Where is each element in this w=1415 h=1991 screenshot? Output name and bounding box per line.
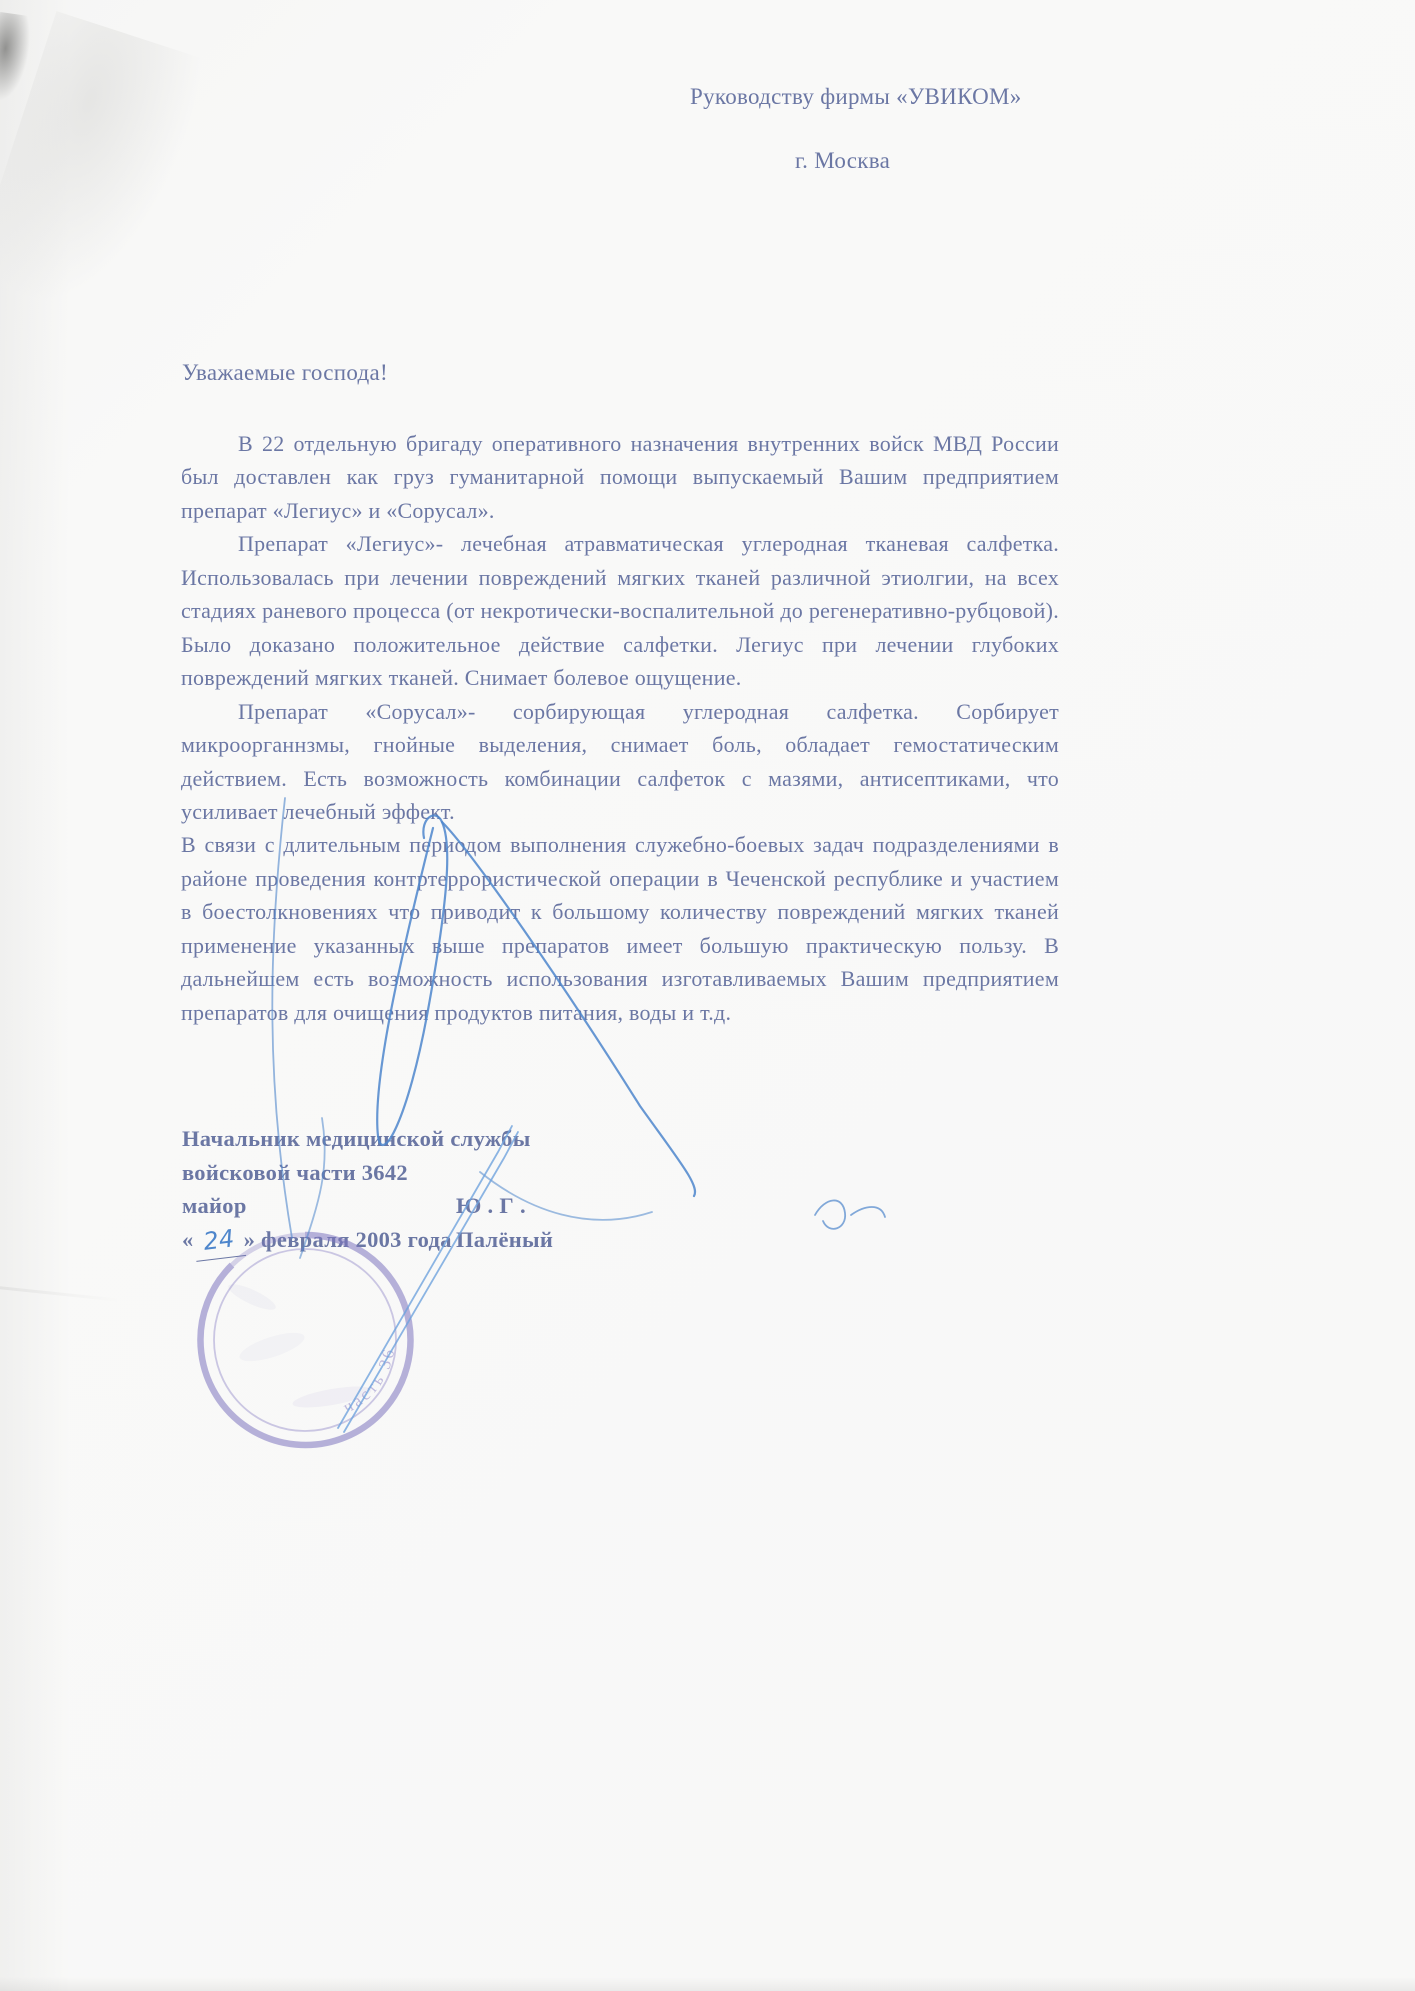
paragraph: В связи с длительным периодом выполнения… — [181, 828, 1059, 1029]
round-stamp: часть 36 — [192, 1227, 418, 1453]
handwritten-day: 24 — [192, 1221, 246, 1261]
signer-unit-line: войсковой части 3642 — [182, 1156, 531, 1190]
body-line: препарат «Легиус» и «Сорусал». — [181, 494, 1059, 527]
body-line: В 22 отдельную бригаду оперативного назн… — [181, 427, 1059, 460]
paragraph: Препарат «Легиус»- лечебная атравматичес… — [181, 527, 1059, 694]
letter-body: В 22 отдельную бригаду оперативного назн… — [181, 427, 1059, 1029]
salutation: Уважаемые господа! — [182, 360, 388, 386]
scanned-letter-page: Руководству фирмы «УВИКОМ» г. Москва Ува… — [0, 0, 1415, 1991]
body-line: микроорганнзмы, гнойные выделения, снима… — [181, 728, 1059, 761]
body-line: дальнейшем есть возможность использовани… — [181, 962, 1059, 995]
body-line: Использовалась при лечении повреждений м… — [181, 561, 1059, 594]
body-line: В связи с длительным периодом выполнения… — [181, 828, 1059, 861]
body-line: в боестолкновениях что приводит к большо… — [181, 895, 1059, 928]
signer-title-line: Начальник медицинской службы — [182, 1122, 531, 1156]
signer-rank-name-line: майор Ю . Г . Палёный — [182, 1189, 531, 1223]
body-line: районе проведения контртеррористической … — [181, 862, 1059, 895]
city-line: г. Москва — [795, 148, 890, 174]
signer-rank: майор — [182, 1193, 247, 1218]
paragraph: Препарат «Сорусал»- сорбирующая углеродн… — [181, 695, 1059, 829]
body-line: препаратов для очищения продуктов питани… — [181, 996, 1059, 1029]
body-line: был доставлен как груз гуманитарной помо… — [181, 460, 1059, 493]
signature-block: Начальник медицинской службы войсковой ч… — [182, 1122, 531, 1257]
body-line: действием. Есть возможность комбинации с… — [181, 762, 1059, 795]
body-line: повреждений мягких тканей. Снимает болев… — [181, 661, 1059, 694]
body-line: усиливает лечебный эффект. — [181, 795, 1059, 828]
body-line: Препарат «Сорусал»- сорбирующая углеродн… — [181, 695, 1059, 728]
recipient-line: Руководству фирмы «УВИКОМ» — [690, 84, 1022, 110]
scan-artifact-smudge — [0, 11, 218, 349]
stamp-text: часть 36 — [340, 1345, 399, 1417]
date-rest: » февраля 2003 года — [244, 1227, 452, 1252]
scan-artifact-fold — [0, 1285, 120, 1302]
paragraph: В 22 отдельную бригаду оперативного назн… — [181, 427, 1059, 527]
body-line: Препарат «Легиус»- лечебная атравматичес… — [181, 527, 1059, 560]
body-line: стадиях раневого процесса (от некротичес… — [181, 594, 1059, 627]
body-line: Было доказано положительное действие сал… — [181, 628, 1059, 661]
date-line: «24» февраля 2003 года — [182, 1223, 531, 1258]
scan-artifact-corner — [0, 12, 34, 104]
body-line: применение указанных выше препаратов име… — [181, 929, 1059, 962]
